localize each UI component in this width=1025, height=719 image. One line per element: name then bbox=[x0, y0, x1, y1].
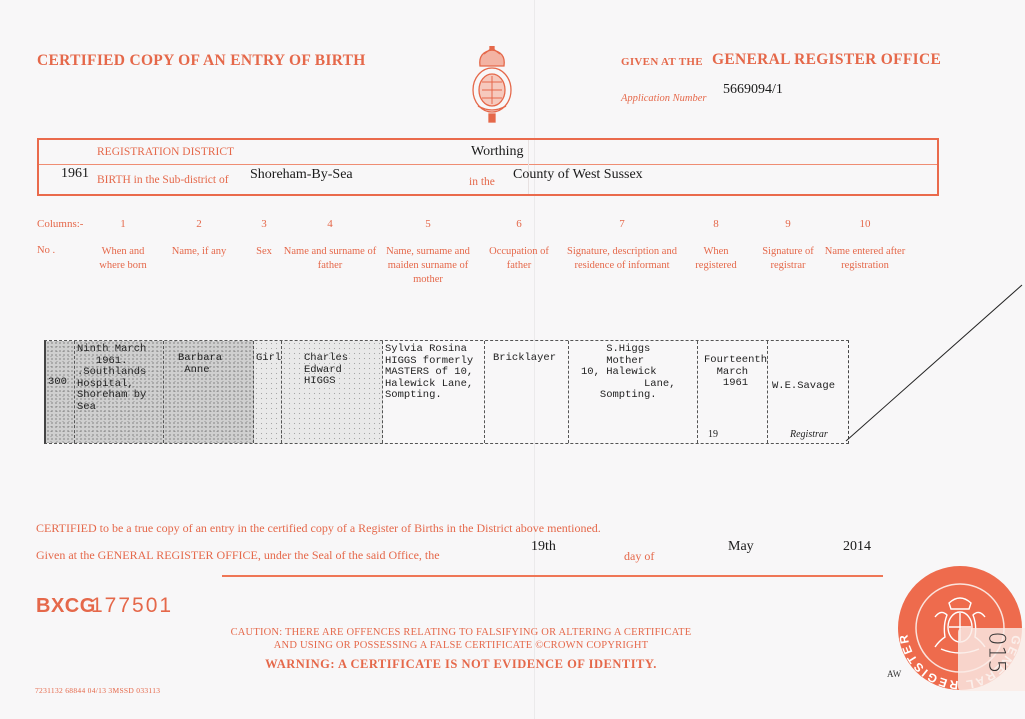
print-codes: 7231132 68844 04/13 3MSSD 033113 bbox=[35, 686, 160, 695]
county-value: County of West Sussex bbox=[513, 167, 643, 183]
column-heading-8: When registered bbox=[691, 245, 741, 273]
subdistrict-label: BIRTH in the Sub-district of bbox=[97, 174, 229, 186]
entry-when-where-born: Ninth March 1961. .Southlands Hospital, … bbox=[75, 341, 164, 443]
day-of-label: day of bbox=[624, 549, 654, 564]
column-heading-1: When and where born bbox=[88, 245, 158, 273]
no-column-heading: No . bbox=[37, 245, 55, 256]
sticker-handwritten-number: 015 bbox=[984, 632, 1009, 674]
column-heading-5: Name, surname and maiden surname of moth… bbox=[381, 245, 476, 287]
column-heading-10: Name entered after registration bbox=[823, 245, 908, 273]
certification-statement: CERTIFIED to be a true copy of an entry … bbox=[36, 521, 601, 536]
clerk-initials: AW bbox=[887, 669, 901, 679]
column-number-1: 1 bbox=[120, 218, 126, 230]
entry-name: Barbara Anne bbox=[164, 341, 254, 443]
identity-warning: WARNING: A CERTIFICATE IS NOT EVIDENCE O… bbox=[0, 657, 922, 672]
application-number: 5669094/1 bbox=[723, 82, 783, 98]
entry-informant: S.Higgs Mother 10, Halewick Lane, Sompti… bbox=[569, 341, 698, 443]
column-number-6: 6 bbox=[516, 218, 522, 230]
serial-code: BXCG bbox=[36, 595, 96, 618]
entry-mother-name: Sylvia Rosina HIGGS formerly MASTERS of … bbox=[383, 341, 485, 443]
column-heading-6: Occupation of father bbox=[487, 245, 552, 273]
column-heading-9: Signature of registrar bbox=[758, 245, 818, 273]
entry-registered-year-prefix: 19 bbox=[708, 429, 718, 441]
registration-district-label: REGISTRATION DISTRICT bbox=[97, 146, 234, 158]
certification-year: 2014 bbox=[843, 539, 871, 555]
entry-when-registered: Fourteenth March 1961 bbox=[698, 341, 768, 443]
certificate-title: CERTIFIED COPY OF AN ENTRY OF BIRTH bbox=[37, 52, 366, 70]
column-number-9: 9 bbox=[785, 218, 791, 230]
registration-district-value: Worthing bbox=[471, 144, 524, 160]
registrar-label: Registrar bbox=[790, 429, 828, 441]
column-number-4: 4 bbox=[327, 218, 333, 230]
certification-day: 19th bbox=[531, 539, 556, 555]
column-heading-4: Name and surname of father bbox=[283, 245, 378, 273]
registration-district-box: REGISTRATION DISTRICT Worthing 1961 BIRT… bbox=[37, 138, 939, 196]
column-number-2: 2 bbox=[196, 218, 202, 230]
certification-month: May bbox=[728, 539, 754, 555]
column-heading-3: Sex bbox=[249, 245, 279, 259]
entry-number: 300 bbox=[46, 341, 75, 443]
column-number-3: 3 bbox=[261, 218, 267, 230]
caution-line-2: AND USING OR POSSESSING A FALSE CERTIFIC… bbox=[0, 640, 922, 651]
given-at-label: GIVEN AT THE bbox=[621, 56, 703, 68]
column-heading-2: Name, if any bbox=[159, 245, 239, 259]
column-number-5: 5 bbox=[425, 218, 431, 230]
subdistrict-value: Shoreham-By-Sea bbox=[250, 167, 353, 183]
entry-registrar-signature: W.E.Savage bbox=[768, 341, 848, 443]
in-the-label: in the bbox=[469, 176, 495, 188]
entry-father-name: Charles Edward HIGGS bbox=[282, 341, 383, 443]
given-at-statement: Given at the GENERAL REGISTER OFFICE, un… bbox=[36, 548, 440, 563]
serial-number: 177501 bbox=[91, 594, 173, 618]
office-name: GENERAL REGISTER OFFICE bbox=[712, 51, 941, 69]
signature-rule bbox=[222, 575, 883, 577]
column-number-8: 8 bbox=[713, 218, 719, 230]
columns-label: Columns:- bbox=[37, 218, 83, 230]
application-number-label: Application Number bbox=[621, 93, 706, 104]
entry-father-occupation: Bricklayer bbox=[485, 341, 569, 443]
registration-year: 1961 bbox=[61, 166, 89, 182]
column-number-7: 7 bbox=[619, 218, 625, 230]
box-divider bbox=[39, 164, 937, 165]
column-number-10: 10 bbox=[860, 218, 871, 230]
birth-entry-row: 300 Ninth March 1961. .Southlands Hospit… bbox=[44, 340, 849, 444]
royal-crest-icon bbox=[470, 46, 514, 124]
caution-line-1: CAUTION: THERE ARE OFFENCES RELATING TO … bbox=[0, 627, 922, 638]
entry-sex: Girl bbox=[254, 341, 282, 443]
column-heading-7: Signature, description and residence of … bbox=[560, 245, 685, 273]
